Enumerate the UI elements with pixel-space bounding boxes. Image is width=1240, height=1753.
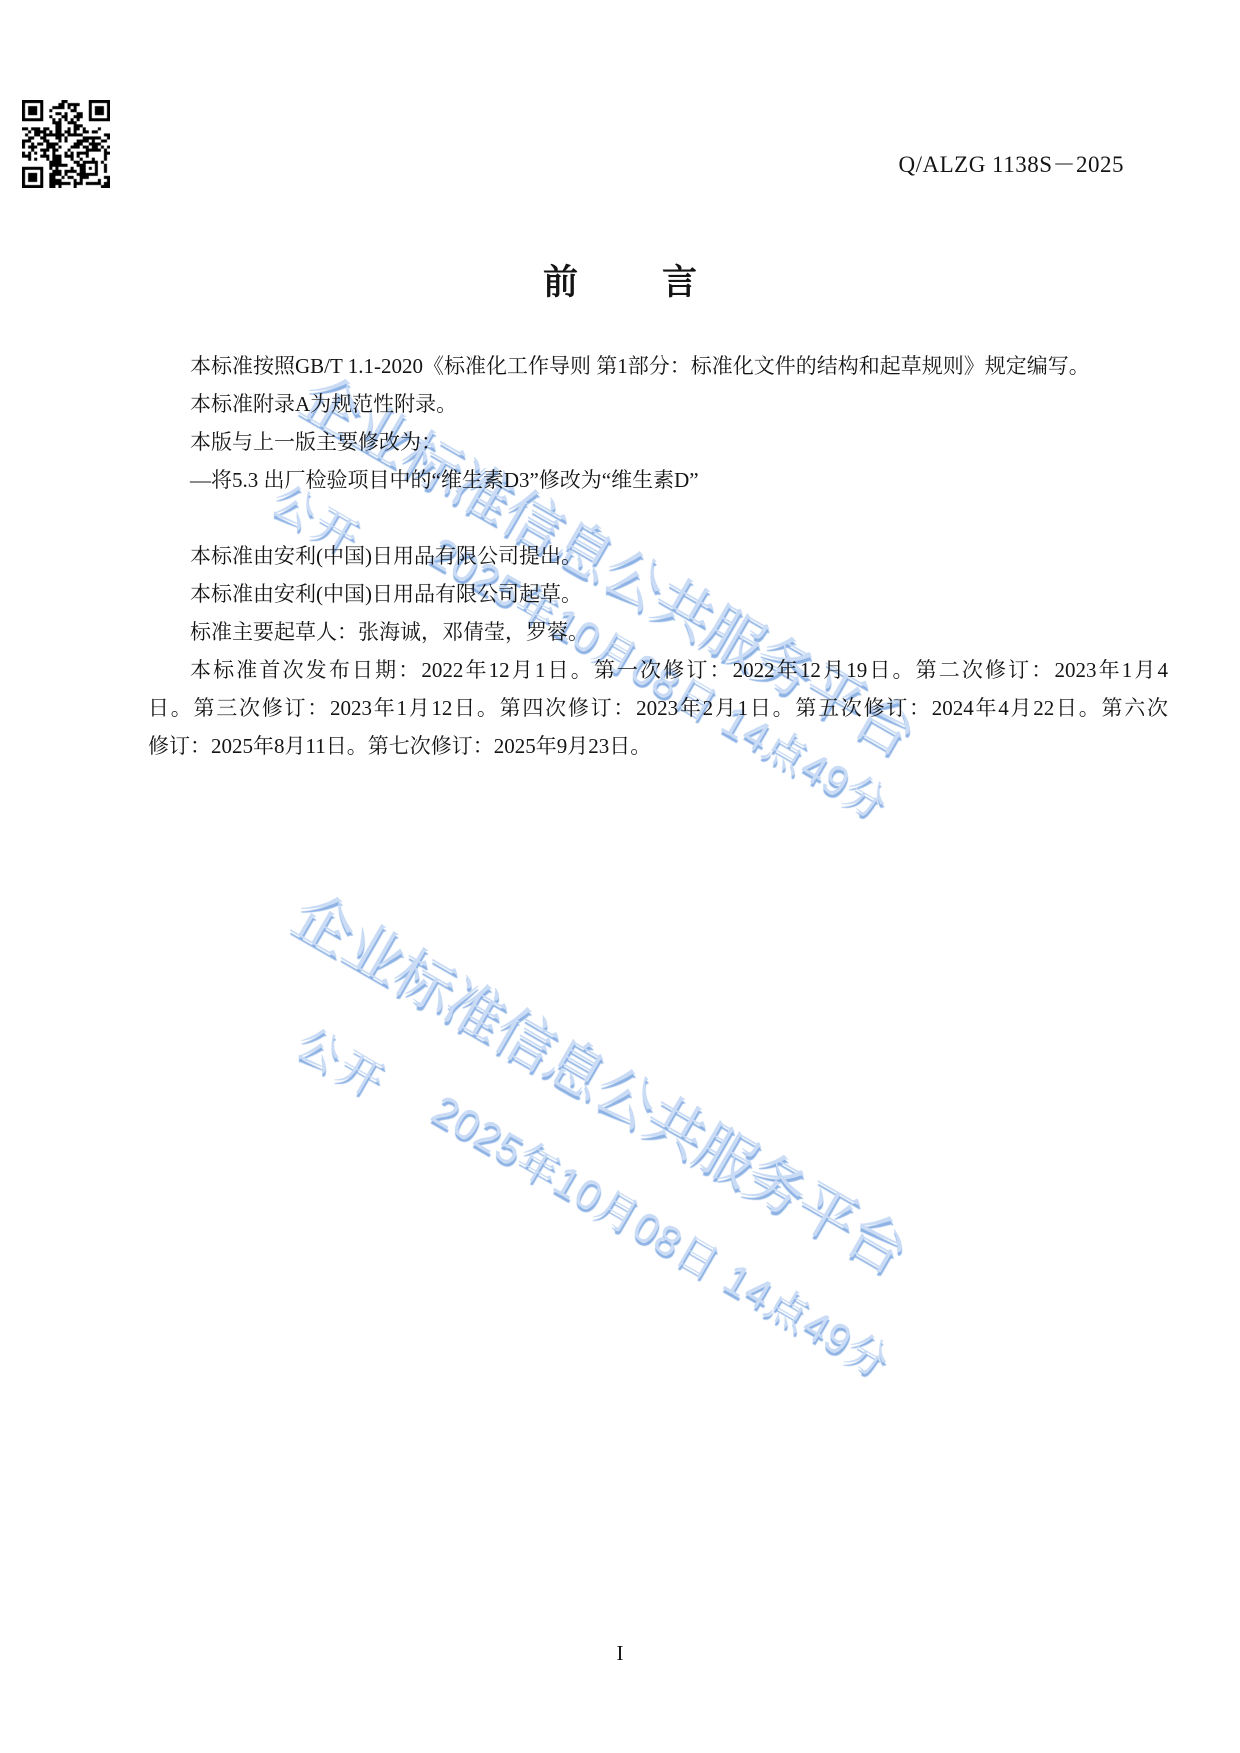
body-paragraph: 本标准按照GB/T 1.1-2020《标准化工作导则 第1部分：标准化文件的结构…: [148, 347, 1168, 385]
qr-code: [22, 100, 110, 188]
paragraph-spacer: [148, 499, 1168, 537]
body-paragraph: 本标准首次发布日期：2022年12月1日。第一次修订：2022年12月19日。第…: [148, 651, 1168, 689]
body-paragraph: 本标准附录A为规范性附录。: [148, 385, 1168, 423]
page-title: 前 言: [0, 262, 1240, 304]
body-paragraph: —将5.3 出厂检验项目中的“维生素D3”修改为“维生素D”: [148, 461, 1168, 499]
doc-number: Q/ALZG 1138S－2025: [898, 146, 1124, 179]
body-paragraph: 日。第三次修订：2023年1月12日。第四次修订：2023年2月1日。第五次修订…: [148, 689, 1168, 727]
body-paragraph: 本标准由安利(中国)日用品有限公司提出。: [148, 537, 1168, 575]
body-paragraph: 本标准由安利(中国)日用品有限公司起草。: [148, 575, 1168, 613]
watermark-public-text: 公开: [286, 1008, 401, 1111]
document-page: Q/ALZG 1138S－2025 企业标准信息公共服务平台 公开 2025年1…: [0, 0, 1240, 1753]
page-title-char: 言: [662, 262, 697, 304]
page-title-char: 前: [543, 262, 578, 304]
page-number: I: [0, 1641, 1240, 1666]
body-text: 本标准按照GB/T 1.1-2020《标准化工作导则 第1部分：标准化文件的结构…: [148, 347, 1168, 765]
body-paragraph: 标准主要起草人：张海诚，邓倩莹，罗蓉。: [148, 613, 1168, 651]
body-paragraph: 本版与上一版主要修改为：: [148, 423, 1168, 461]
body-paragraph: 修订：2025年8月11日。第七次修订：2025年9月23日。: [148, 727, 1168, 765]
